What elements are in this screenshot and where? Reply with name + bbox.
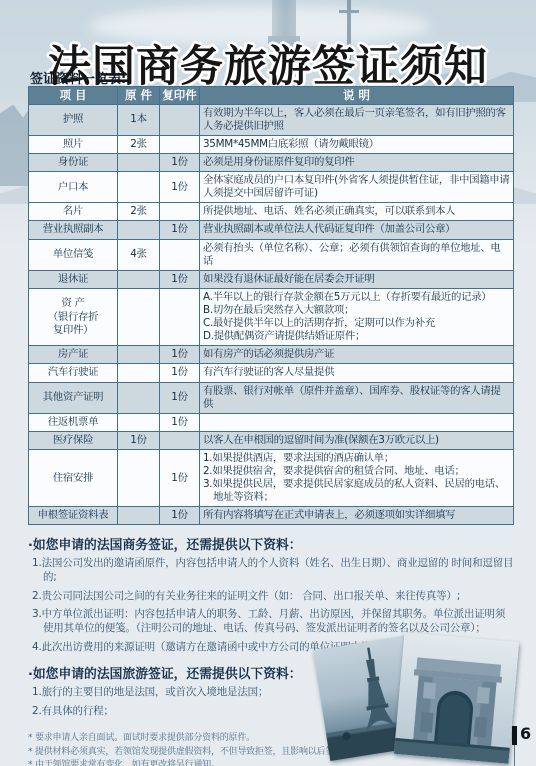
table-header-row: 项 目 原 件 复印件 说 明 xyxy=(29,87,514,105)
cell-copy xyxy=(160,288,200,345)
cell-item: 申根签证资料表 xyxy=(29,507,118,525)
cell-desc: 有股票、银行对帐单（原件并盖章）、国库券、股权证等的客人请提供 xyxy=(200,382,514,413)
cell-desc: A.半年以上的银行存款金额在5万元以上（存折要有最近的记录） B.切勿在最后突然… xyxy=(200,288,514,345)
cell-original xyxy=(118,153,160,171)
arc-de-triomphe-photo xyxy=(394,632,519,764)
table-row: 照片2张35MM*45MM白底彩照（请勿戴眼镜） xyxy=(29,135,514,153)
header-item: 项 目 xyxy=(29,87,118,105)
business-visa-item: 2.贵公司同法国公司之间的有关业务往来的证明文件（如： 合同、出口报关单、来往传… xyxy=(32,590,515,604)
cell-item: 房产证 xyxy=(29,346,118,364)
cell-desc: 35MM*45MM白底彩照（请勿戴眼镜） xyxy=(200,135,514,153)
cell-copy: 1份 xyxy=(160,172,200,203)
cell-item: 名片 xyxy=(29,203,118,221)
table-row: 医疗保险1份以客人在申根国的逗留时间为准(保额在3万欧元以上) xyxy=(29,431,514,449)
cell-copy: 1份 xyxy=(160,449,200,506)
cell-original xyxy=(118,382,160,413)
cell-item: 照片 xyxy=(29,135,118,153)
visa-table-body: 护照1本有效期为半年以上，客人必须在最后一页亲笔签名，如有旧护照的客人务必提供旧… xyxy=(29,104,514,525)
header-original: 原 件 xyxy=(118,87,160,105)
cell-item: 汽车行驶证 xyxy=(29,364,118,382)
cell-copy xyxy=(160,135,200,153)
cell-copy: 1份 xyxy=(160,382,200,413)
cell-original xyxy=(118,364,160,382)
cell-copy xyxy=(160,203,200,221)
visa-notice-page: 法国商务旅游签证须知 签证资料一览表: 项 目 原 件 复印件 说 明 护照1本… xyxy=(0,0,536,766)
cell-desc: 以客人在申根国的逗留时间为准(保额在3万欧元以上) xyxy=(200,431,514,449)
cell-original: 1份 xyxy=(118,431,160,449)
table-row: 申根签证资料表1份所有内容将填写在正式申请表上，必须逐项如实详细填写 xyxy=(29,507,514,525)
cell-item: 医疗保险 xyxy=(29,431,118,449)
table-row: 住宿安排1份1.如果提供酒店，要求法国的酒店确认单； 2.如果提供宿舍，要求提供… xyxy=(29,449,514,506)
cell-item: 住宿安排 xyxy=(29,449,118,506)
table-row: 身份证1份必须是用身份证原件复印的复印件 xyxy=(29,153,514,171)
cell-copy xyxy=(160,239,200,270)
cell-original xyxy=(118,270,160,288)
cell-original xyxy=(118,346,160,364)
cell-item: 营业执照副本 xyxy=(29,221,118,239)
cell-item: 资 产 （银行存折 复印件） xyxy=(29,288,118,345)
cell-item: 退休证 xyxy=(29,270,118,288)
cell-desc: 如果没有退休证最好能在居委会开证明 xyxy=(200,270,514,288)
business-visa-heading: ·如您申请的法国商务签证，还需提供以下资料： xyxy=(28,534,515,553)
cell-copy: 1份 xyxy=(160,364,200,382)
cell-desc: 营业执照副本或单位法人代码证复印件（加盖公司公章） xyxy=(200,221,514,239)
cell-item: 其他资产证明 xyxy=(29,382,118,413)
table-caption: 签证资料一览表: xyxy=(30,68,126,87)
cell-original xyxy=(118,221,160,239)
page-number-bar xyxy=(512,726,517,745)
header-description: 说 明 xyxy=(200,87,514,105)
table-row: 汽车行驶证1份有汽车行驶证的客人尽量提供 xyxy=(29,364,514,382)
cell-desc: 必须有抬头（单位名称）、公章；必须有供领馆查询的单位地址、电话 xyxy=(200,239,514,270)
footnote-line: * 要求申请人亲自面试。面试时要求提供部分资料的原件。 xyxy=(28,732,368,746)
cell-item: 户口本 xyxy=(29,172,118,203)
cell-copy: 1份 xyxy=(160,346,200,364)
cell-copy: 1份 xyxy=(160,153,200,171)
page-number-tail-line xyxy=(514,745,515,766)
table-row: 其他资产证明1份有股票、银行对帐单（原件并盖章）、国库券、股权证等的客人请提供 xyxy=(29,382,514,413)
cell-original: 1本 xyxy=(118,104,160,135)
cell-desc: 所提供地址、电话、姓名必须正确真实，可以联系到本人 xyxy=(200,203,514,221)
cell-desc: 必须是用身份证原件复印的复印件 xyxy=(200,153,514,171)
cell-item: 身份证 xyxy=(29,153,118,171)
table-row: 资 产 （银行存折 复印件）A.半年以上的银行存款金额在5万元以上（存折要有最近… xyxy=(29,288,514,345)
cell-copy xyxy=(160,431,200,449)
footnote-line: * 由于领馆要求常有变化，如有更改将另行通知。 xyxy=(28,759,368,766)
table-row: 营业执照副本1份营业执照副本或单位法人代码证复印件（加盖公司公章） xyxy=(29,221,514,239)
page-number-text: 6 xyxy=(520,724,531,743)
cell-copy: 1份 xyxy=(160,413,200,431)
cell-original: 2张 xyxy=(118,135,160,153)
business-visa-item: 1.法国公司发出的邀请函原件，内容包括申请人的个人资料（姓名、出生日期）、商业逗… xyxy=(32,557,515,584)
cell-desc: 有汽车行驶证的客人尽量提供 xyxy=(200,364,514,382)
cell-desc: 全体家庭成员的户口本复印件(外省客人须提供暂住证，非中国籍申请人须提交中国居留许… xyxy=(200,172,514,203)
header-copy: 复印件 xyxy=(160,87,200,105)
table-row: 单位信笺4张必须有抬头（单位名称）、公章；必须有供领馆查询的单位地址、电话 xyxy=(29,239,514,270)
cell-original: 2张 xyxy=(118,203,160,221)
cell-original xyxy=(118,172,160,203)
cell-desc: 如有房产的话必须提供房产证 xyxy=(200,346,514,364)
table-row: 户口本1份全体家庭成员的户口本复印件(外省客人须提供暂住证，非中国籍申请人须提交… xyxy=(29,172,514,203)
cell-item: 单位信笺 xyxy=(29,239,118,270)
footnote-line: * 提供材料必须真实，若领馆发现提供虚假资料，不但导致拒签，且影响以后签证。 xyxy=(28,746,368,760)
cell-copy: 1份 xyxy=(160,507,200,525)
cell-desc: 所有内容将填写在正式申请表上，必须逐项如实详细填写 xyxy=(200,507,514,525)
cell-original: 4张 xyxy=(118,239,160,270)
table-row: 名片2张所提供地址、电话、姓名必须正确真实，可以联系到本人 xyxy=(29,203,514,221)
table-row: 往返机票单1份 xyxy=(29,413,514,431)
table-row: 护照1本有效期为半年以上，客人必须在最后一页亲笔签名，如有旧护照的客人务必提供旧… xyxy=(29,104,514,135)
cell-original xyxy=(118,449,160,506)
cell-original xyxy=(118,507,160,525)
cell-copy: 1份 xyxy=(160,270,200,288)
cell-desc: 有效期为半年以上，客人必须在最后一页亲笔签名，如有旧护照的客人务必提供旧护照 xyxy=(200,104,514,135)
cell-original xyxy=(118,413,160,431)
visa-materials-table: 项 目 原 件 复印件 说 明 护照1本有效期为半年以上，客人必须在最后一页亲笔… xyxy=(28,86,514,525)
footnotes: * 要求申请人亲自面试。面试时要求提供部分资料的原件。* 提供材料必须真实，若领… xyxy=(28,732,368,766)
cell-desc: 1.如果提供酒店，要求法国的酒店确认单； 2.如果提供宿舍，要求提供宿舍的租赁合… xyxy=(200,449,514,506)
cell-copy xyxy=(160,104,200,135)
cell-desc xyxy=(200,413,514,431)
business-visa-item: 3.中方单位派出证明：内容包括申请人的职务、工龄、月薪、出访原因，并保留其职务。… xyxy=(32,608,515,635)
cell-copy: 1份 xyxy=(160,221,200,239)
cell-item: 护照 xyxy=(29,104,118,135)
cell-original xyxy=(118,288,160,345)
table-row: 房产证1份如有房产的话必须提供房产证 xyxy=(29,346,514,364)
table-row: 退休证1份如果没有退休证最好能在居委会开证明 xyxy=(29,270,514,288)
cell-item: 往返机票单 xyxy=(29,413,118,431)
